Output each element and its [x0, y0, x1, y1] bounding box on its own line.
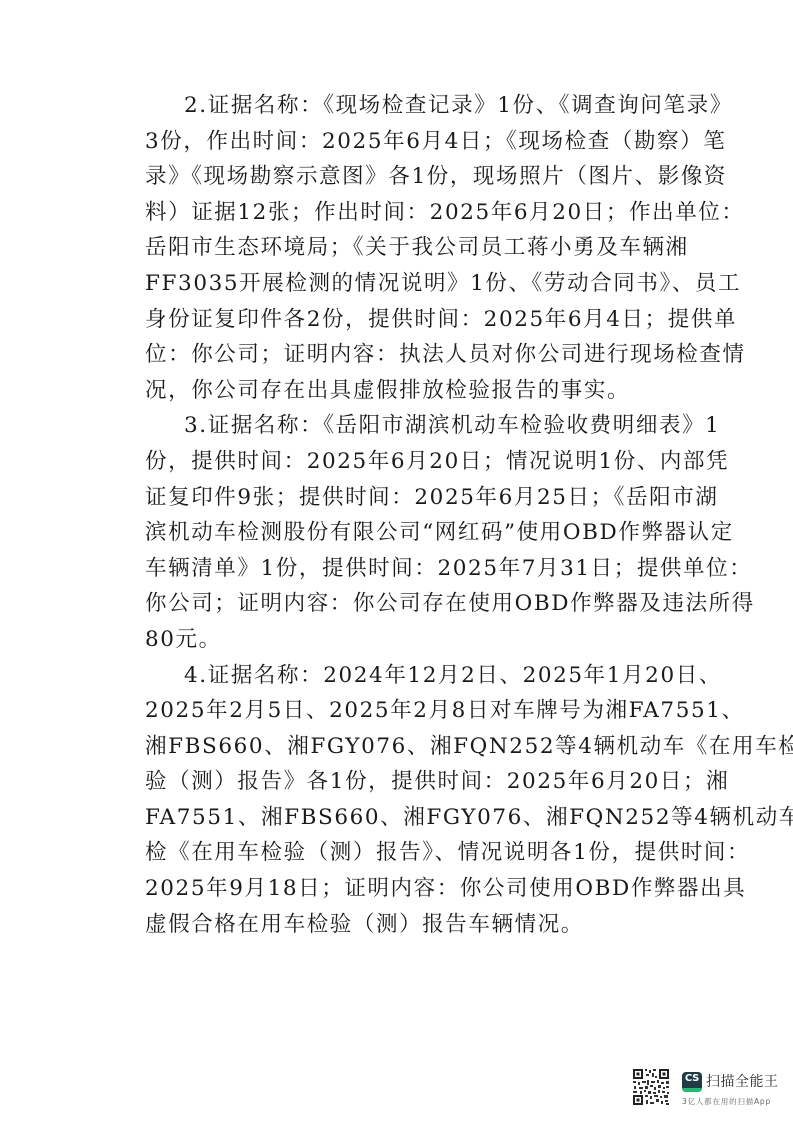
text-line: 录》《现场勘察示意图》各1份，现场照片（图片、影像资	[145, 159, 657, 195]
text-line: 3份，作出时间：2025年6月4日；《现场检查（勘察）笔	[145, 124, 657, 160]
text-line: FF3035开展检测的情况说明》1份、《劳动合同书》、员工	[145, 266, 657, 302]
text-line: FA7551、湘FBS660、湘FGY076、湘FQN252等4辆机动车复	[145, 800, 657, 836]
text-line: 2025年9月18日；证明内容：你公司使用OBD作弊器出具	[145, 871, 657, 907]
text-line: 车辆清单》1份，提供时间：2025年7月31日；提供单位：	[145, 551, 657, 587]
text-line: 岳阳市生态环境局；《关于我公司员工蒋小勇及车辆湘	[145, 230, 657, 266]
text-line: 80元。	[145, 622, 657, 658]
text-line: 4.证据名称：2024年12月2日、2025年1月20日、	[145, 658, 657, 694]
text-line: 2025年2月5日、2025年2月8日对车牌号为湘FA7551、	[145, 693, 657, 729]
text-line: 位：你公司；证明内容：执法人员对你公司进行现场检查情	[145, 337, 657, 373]
qr-code-icon	[632, 1068, 670, 1106]
text-line: 你公司；证明内容：你公司存在使用OBD作弊器及违法所得	[145, 586, 657, 622]
text-line: 检《在用车检验（测）报告》、情况说明各1份，提供时间：	[145, 835, 657, 871]
text-line: 湘FBS660、湘FGY076、湘FQN252等4辆机动车《在用车检	[145, 729, 657, 765]
watermark-subtitle: 3亿人都在用的扫描App	[682, 1096, 771, 1107]
text-line: 身份证复印件各2份，提供时间：2025年6月4日；提供单	[145, 302, 657, 338]
text-line: 3.证据名称：《岳阳市湖滨机动车检验收费明细表》1	[145, 408, 657, 444]
text-line: 滨机动车检测股份有限公司“网红码”使用OBD作弊器认定	[145, 515, 657, 551]
camscanner-logo-icon: CS	[682, 1072, 702, 1092]
document-body: 2.证据名称：《现场检查记录》1份、《调查询问笔录》 3份，作出时间：2025年…	[145, 88, 657, 942]
paragraph-evidence-4: 4.证据名称：2024年12月2日、2025年1月20日、 2025年2月5日、…	[145, 658, 657, 943]
logo-accent-bar	[682, 1088, 702, 1092]
paragraph-evidence-2: 2.证据名称：《现场检查记录》1份、《调查询问笔录》 3份，作出时间：2025年…	[145, 88, 657, 408]
document-page: 2.证据名称：《现场检查记录》1份、《调查询问笔录》 3份，作出时间：2025年…	[0, 0, 793, 1122]
text-line: 料）证据12张；作出时间：2025年6月20日；作出单位：	[145, 195, 657, 231]
text-line: 虚假合格在用车检验（测）报告车辆情况。	[145, 907, 657, 943]
text-line: 验（测）报告》各1份，提供时间：2025年6月20日；湘	[145, 764, 657, 800]
camscanner-watermark: CS 扫描全能王 3亿人都在用的扫描App	[632, 1066, 787, 1110]
paragraph-evidence-3: 3.证据名称：《岳阳市湖滨机动车检验收费明细表》1 份，提供时间：2025年6月…	[145, 408, 657, 657]
logo-text: CS	[682, 1073, 702, 1084]
text-line: 份，提供时间：2025年6月20日；情况说明1份、内部凭	[145, 444, 657, 480]
text-line: 证复印件9张；提供时间：2025年6月25日；《岳阳市湖	[145, 480, 657, 516]
watermark-title: 扫描全能王	[706, 1071, 779, 1091]
text-line: 2.证据名称：《现场检查记录》1份、《调查询问笔录》	[145, 88, 657, 124]
text-line: 况，你公司存在出具虚假排放检验报告的事实。	[145, 373, 657, 409]
